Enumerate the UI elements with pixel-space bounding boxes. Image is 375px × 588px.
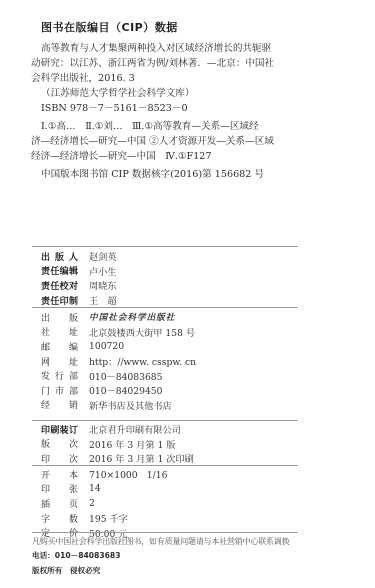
printing-row: 印刷装订 北京君升印刷有限公司 (41, 422, 301, 437)
staff-row: 出版人 赵剑英 (41, 249, 301, 264)
divider-rule (32, 420, 298, 421)
cip-classification: 济—经济增长—研究—中国 ②人才资源开发—关系—区域 (31, 134, 276, 149)
row-label: 社址 (41, 325, 78, 338)
cip-line: 会科学出版社，2016. 3 (31, 71, 276, 86)
divider-rule (32, 307, 298, 308)
row-value: 新华书店及其他书店 (89, 398, 172, 412)
row-label: 经销 (41, 398, 78, 411)
row-value: 195 千字 (89, 511, 128, 525)
cip-classification: 经济—经济增长—研究—中国 Ⅳ.①F127 (31, 149, 276, 164)
publisher-section: 出版 中国社会科学出版社 社址 北京鼓楼西大街甲 158 号 邮编 100720… (41, 310, 301, 412)
cip-line: 高等教育与人才集聚两种投入对区域经济增长的共轭驱 (31, 41, 276, 56)
quality-notice: 凡购买中国社会科学出版社图书，如有质量问题请与本社营销中心联系调换 (32, 535, 302, 549)
cip-heading: 图书在版编目（CIP）数据 (41, 19, 178, 35)
spec-row: 插页 2 (41, 496, 301, 511)
spec-row: 字数 195 千字 (41, 511, 301, 526)
row-value: 北京君升印刷有限公司 (89, 422, 181, 436)
cip-record: 高等教育与人才集聚两种投入对区域经济增长的共轭驱 动研究：以江苏、浙江两省为例/… (31, 41, 276, 182)
row-value: 2 (89, 498, 95, 509)
divider-rule (32, 465, 298, 466)
cip-isbn: ISBN 978－7－5161－8523－0 (31, 101, 276, 116)
spec-row: 印张 14 (41, 482, 301, 497)
row-value: 010－84029450 (89, 383, 163, 397)
row-label: 出版人 (41, 250, 78, 263)
row-value: 100720 (89, 341, 124, 352)
staff-row: 责任编辑 卢小生 (41, 264, 301, 279)
cip-line: 动研究：以江苏、浙江两省为例/刘林著．—北京：中国社 (31, 56, 276, 71)
row-value: 2016 年 3 月第 1 次印刷 (89, 451, 194, 465)
row-label: 印张 (41, 482, 78, 495)
cip-number: 中国版本图书馆 CIP 数据核字(2016)第 156682 号 (31, 167, 276, 182)
publisher-row: 出版 中国社会科学出版社 (41, 310, 301, 325)
publisher-row: 经销 新华书店及其他书店 (41, 398, 301, 413)
copyright-page: 图书在版编目（CIP）数据 高等教育与人才集聚两种投入对区域经济增长的共轭驱 动… (0, 0, 375, 588)
row-label: 字数 (41, 512, 78, 525)
printing-row: 版次 2016 年 3 月第 1 版 (41, 437, 301, 452)
cip-classification: Ⅰ.①高… Ⅱ.①刘… Ⅲ.①高等教育—关系—区域经 (31, 119, 276, 134)
publisher-row: 门市部 010－84029450 (41, 383, 301, 398)
row-label: 出版 (41, 311, 78, 324)
publisher-row: 网址 http：//www. csspw. cn (41, 354, 301, 369)
row-label: 发行部 (41, 369, 78, 382)
row-label: 责任印制 (41, 294, 78, 307)
footer-notes: 凡购买中国社会科学出版社图书，如有质量问题请与本社营销中心联系调换 电话：010… (32, 535, 302, 578)
row-label: 门市部 (41, 384, 78, 397)
row-value: 2016 年 3 月第 1 版 (89, 437, 175, 451)
publisher-name: 中国社会科学出版社 (89, 311, 175, 323)
publisher-row: 社址 北京鼓楼西大街甲 158 号 (41, 325, 301, 340)
service-phone: 电话：010－84083683 (32, 549, 302, 563)
row-value: 卢小生 (89, 264, 117, 278)
row-label: 责任校对 (41, 279, 78, 292)
row-label: 邮编 (41, 340, 78, 353)
row-label: 印次 (41, 452, 78, 465)
staff-row: 责任校对 周晓东 (41, 278, 301, 293)
specs-section: 开本 710×1000 1/16 印张 14 插页 2 字数 195 千字 定价… (41, 467, 301, 540)
row-value: 14 (89, 483, 101, 494)
publisher-row: 发行部 010－84083685 (41, 368, 301, 383)
row-label: 版次 (41, 437, 78, 450)
staff-section: 出版人 赵剑英 责任编辑 卢小生 责任校对 周晓东 责任印制 王 超 (41, 249, 301, 307)
row-value: 周晓东 (89, 278, 117, 292)
spec-row: 开本 710×1000 1/16 (41, 467, 301, 482)
row-label: 开本 (41, 468, 78, 481)
cip-series: （江苏师范大学哲学社会科学文库） (31, 86, 276, 101)
row-label: 印刷装订 (41, 423, 78, 436)
row-value: 710×1000 1/16 (89, 467, 167, 481)
row-value: 010－84083685 (89, 369, 163, 383)
divider-rule (32, 532, 298, 533)
printing-section: 印刷装订 北京君升印刷有限公司 版次 2016 年 3 月第 1 版 印次 20… (41, 422, 301, 466)
printing-row: 印次 2016 年 3 月第 1 次印刷 (41, 451, 301, 466)
staff-row: 责任印制 王 超 (41, 293, 301, 308)
row-value: 赵剑英 (89, 249, 117, 263)
row-value: 王 超 (89, 293, 117, 307)
divider-rule (32, 246, 298, 247)
copyright-notice: 版权所有 侵权必究 (32, 564, 302, 578)
row-value: 北京鼓楼西大街甲 158 号 (89, 325, 195, 339)
row-label: 责任编辑 (41, 264, 78, 277)
row-label: 网址 (41, 355, 78, 368)
publisher-row: 邮编 100720 (41, 339, 301, 354)
row-label: 插页 (41, 497, 78, 510)
website-link[interactable]: http：//www. csspw. cn (89, 354, 196, 368)
